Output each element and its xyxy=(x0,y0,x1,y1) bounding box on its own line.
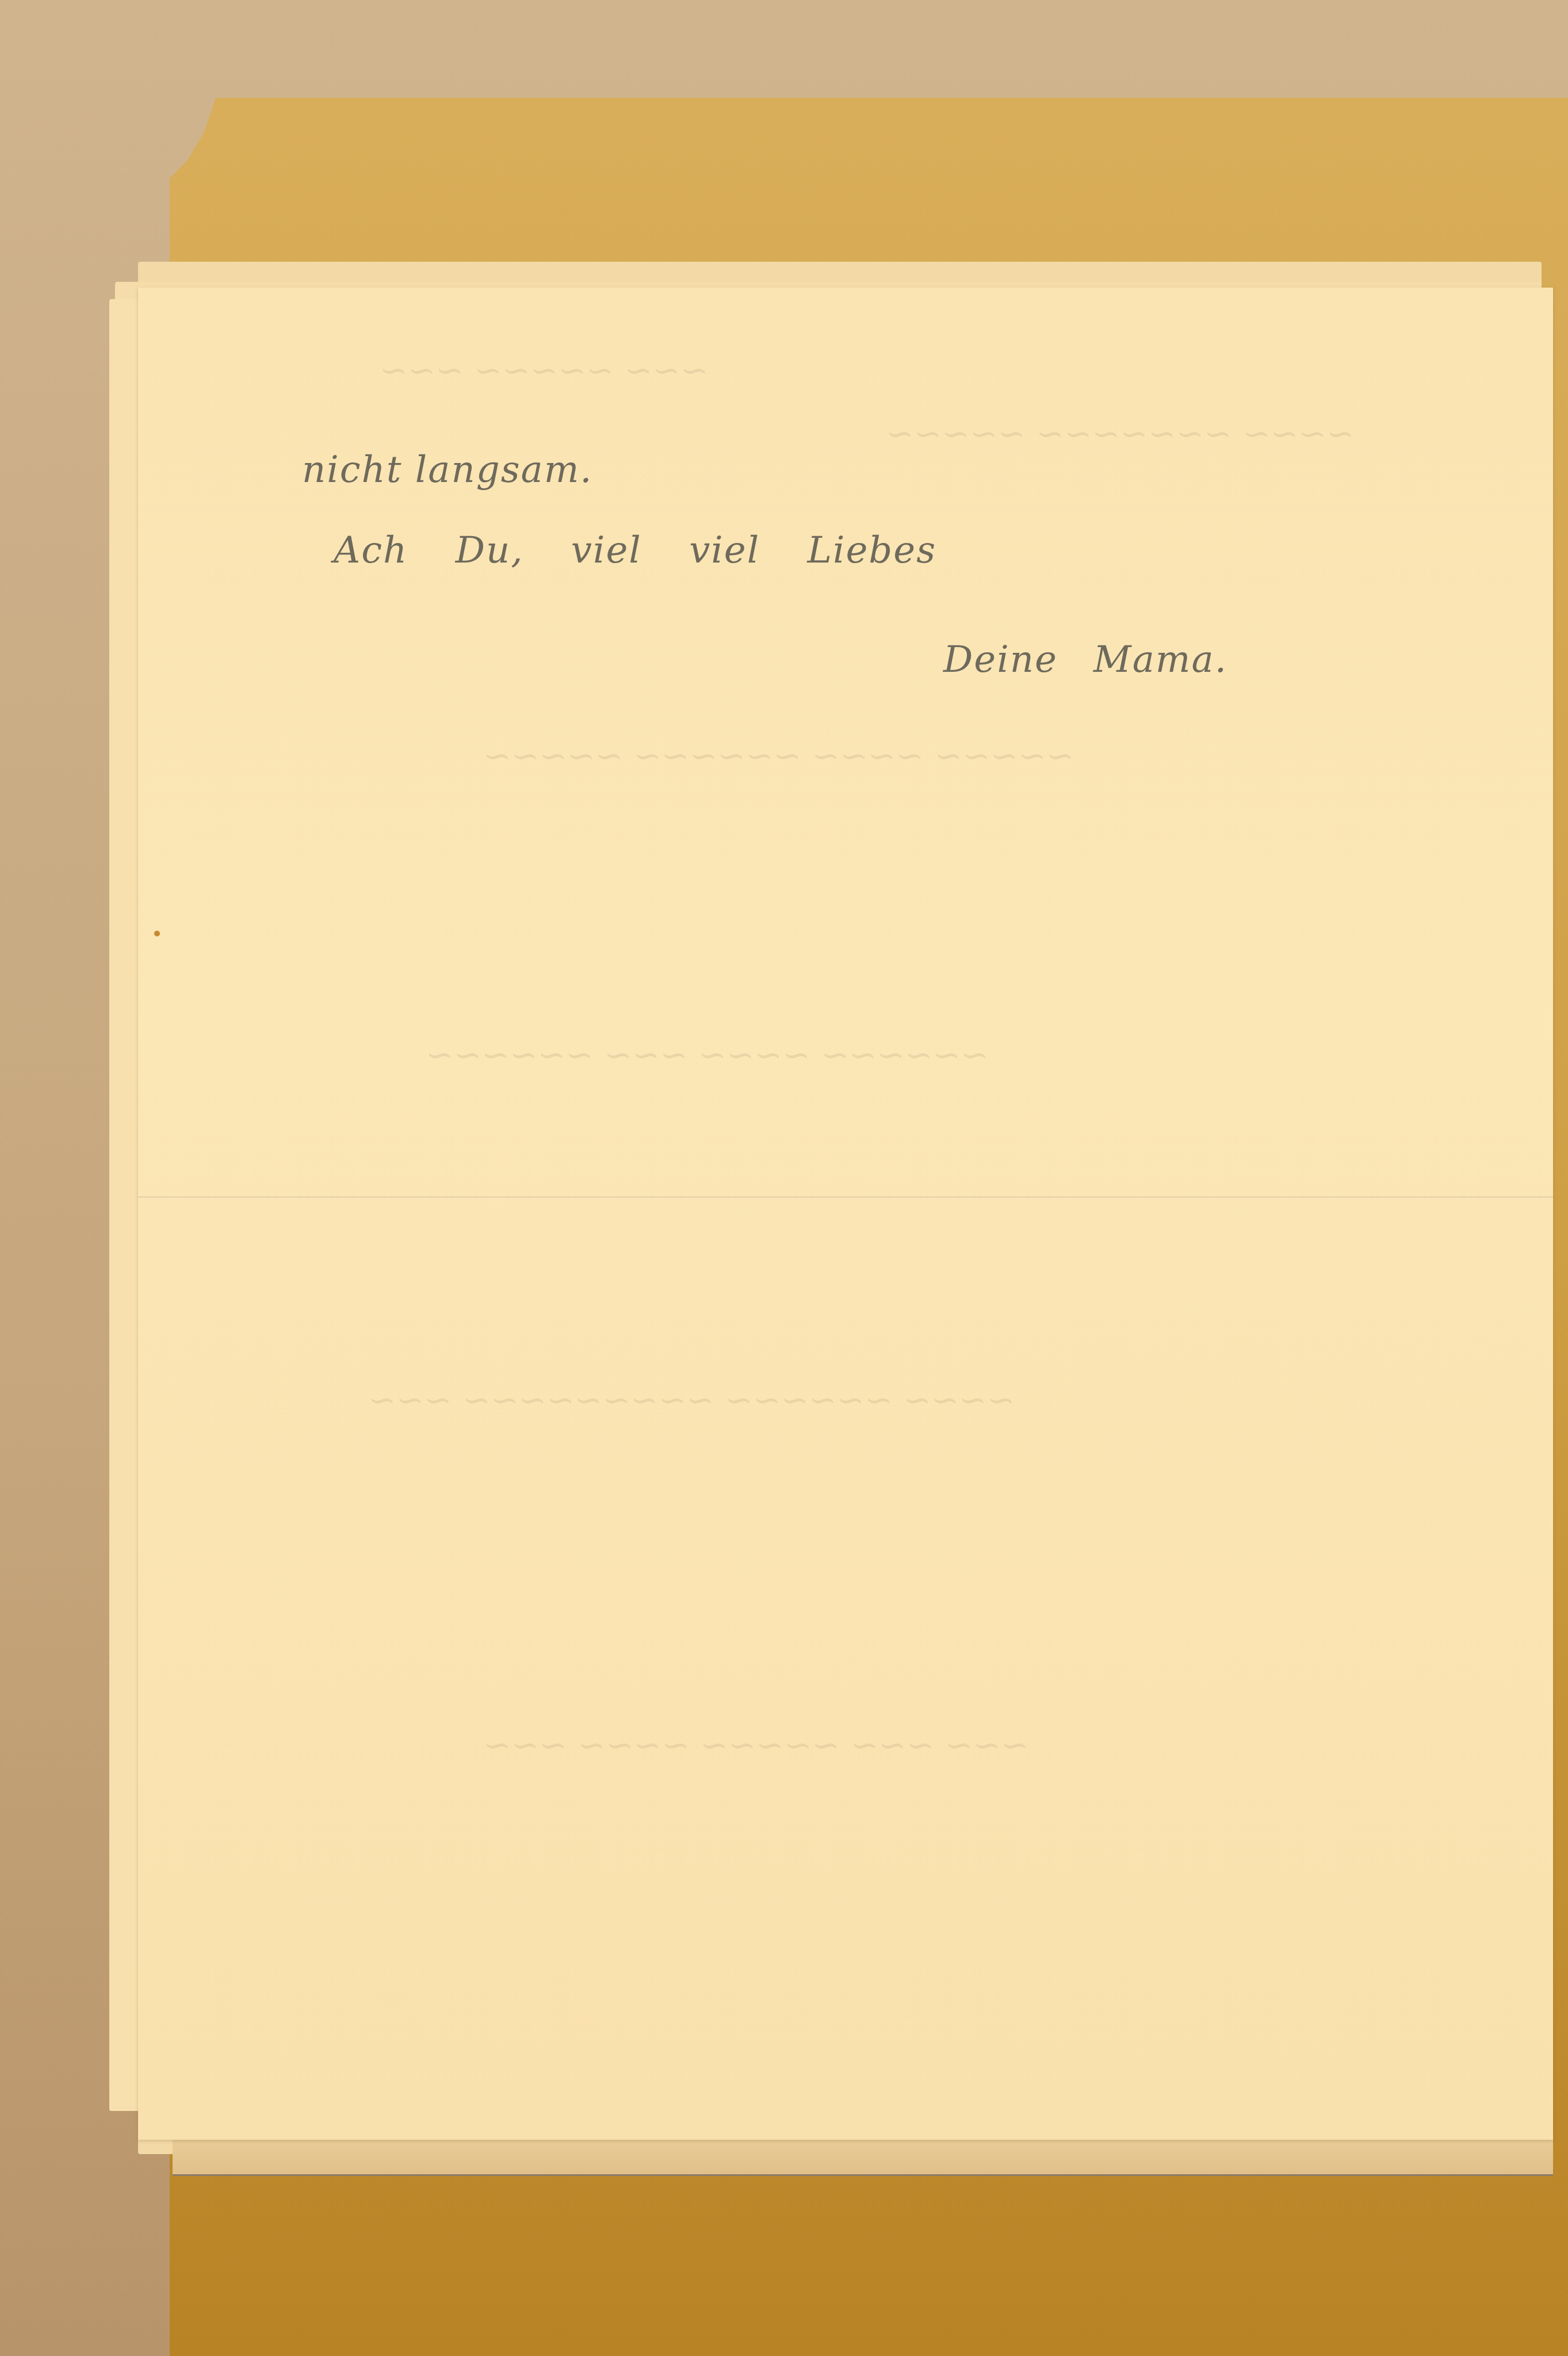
letter-line: nicht langsam. xyxy=(302,449,593,491)
letter-page: ~~~ ~~~~~ ~~~ ~~~~ ~~~~~~~ ~~~~~ ~~~~~ ~… xyxy=(138,288,1553,2140)
letter-line: Ach Du, viel viel Liebes xyxy=(334,529,936,572)
paper-stain xyxy=(154,931,160,936)
signature: Deine Mama. xyxy=(943,638,1227,681)
bleed-through-text: ~~~~~ ~~~~ ~~~~~~ ~~~~~ xyxy=(483,736,1074,775)
fold-crease xyxy=(138,1196,1553,1199)
bleed-through-text: ~~~~~~ ~~~~ ~~~ ~~~~~~ xyxy=(426,1035,989,1074)
bleed-through-text: ~~~~ ~~~~~~ ~~~~~~~~~ ~~~ xyxy=(368,1380,1015,1420)
bleed-through-text: ~~~ ~~~~~ ~~~ xyxy=(380,351,708,390)
bleed-through-text: ~~~ ~~~ ~~~~~ ~~~~ ~~~ xyxy=(483,1726,1029,1765)
bleed-through-text: ~~~~ ~~~~~~~ ~~~~~ xyxy=(886,414,1354,453)
